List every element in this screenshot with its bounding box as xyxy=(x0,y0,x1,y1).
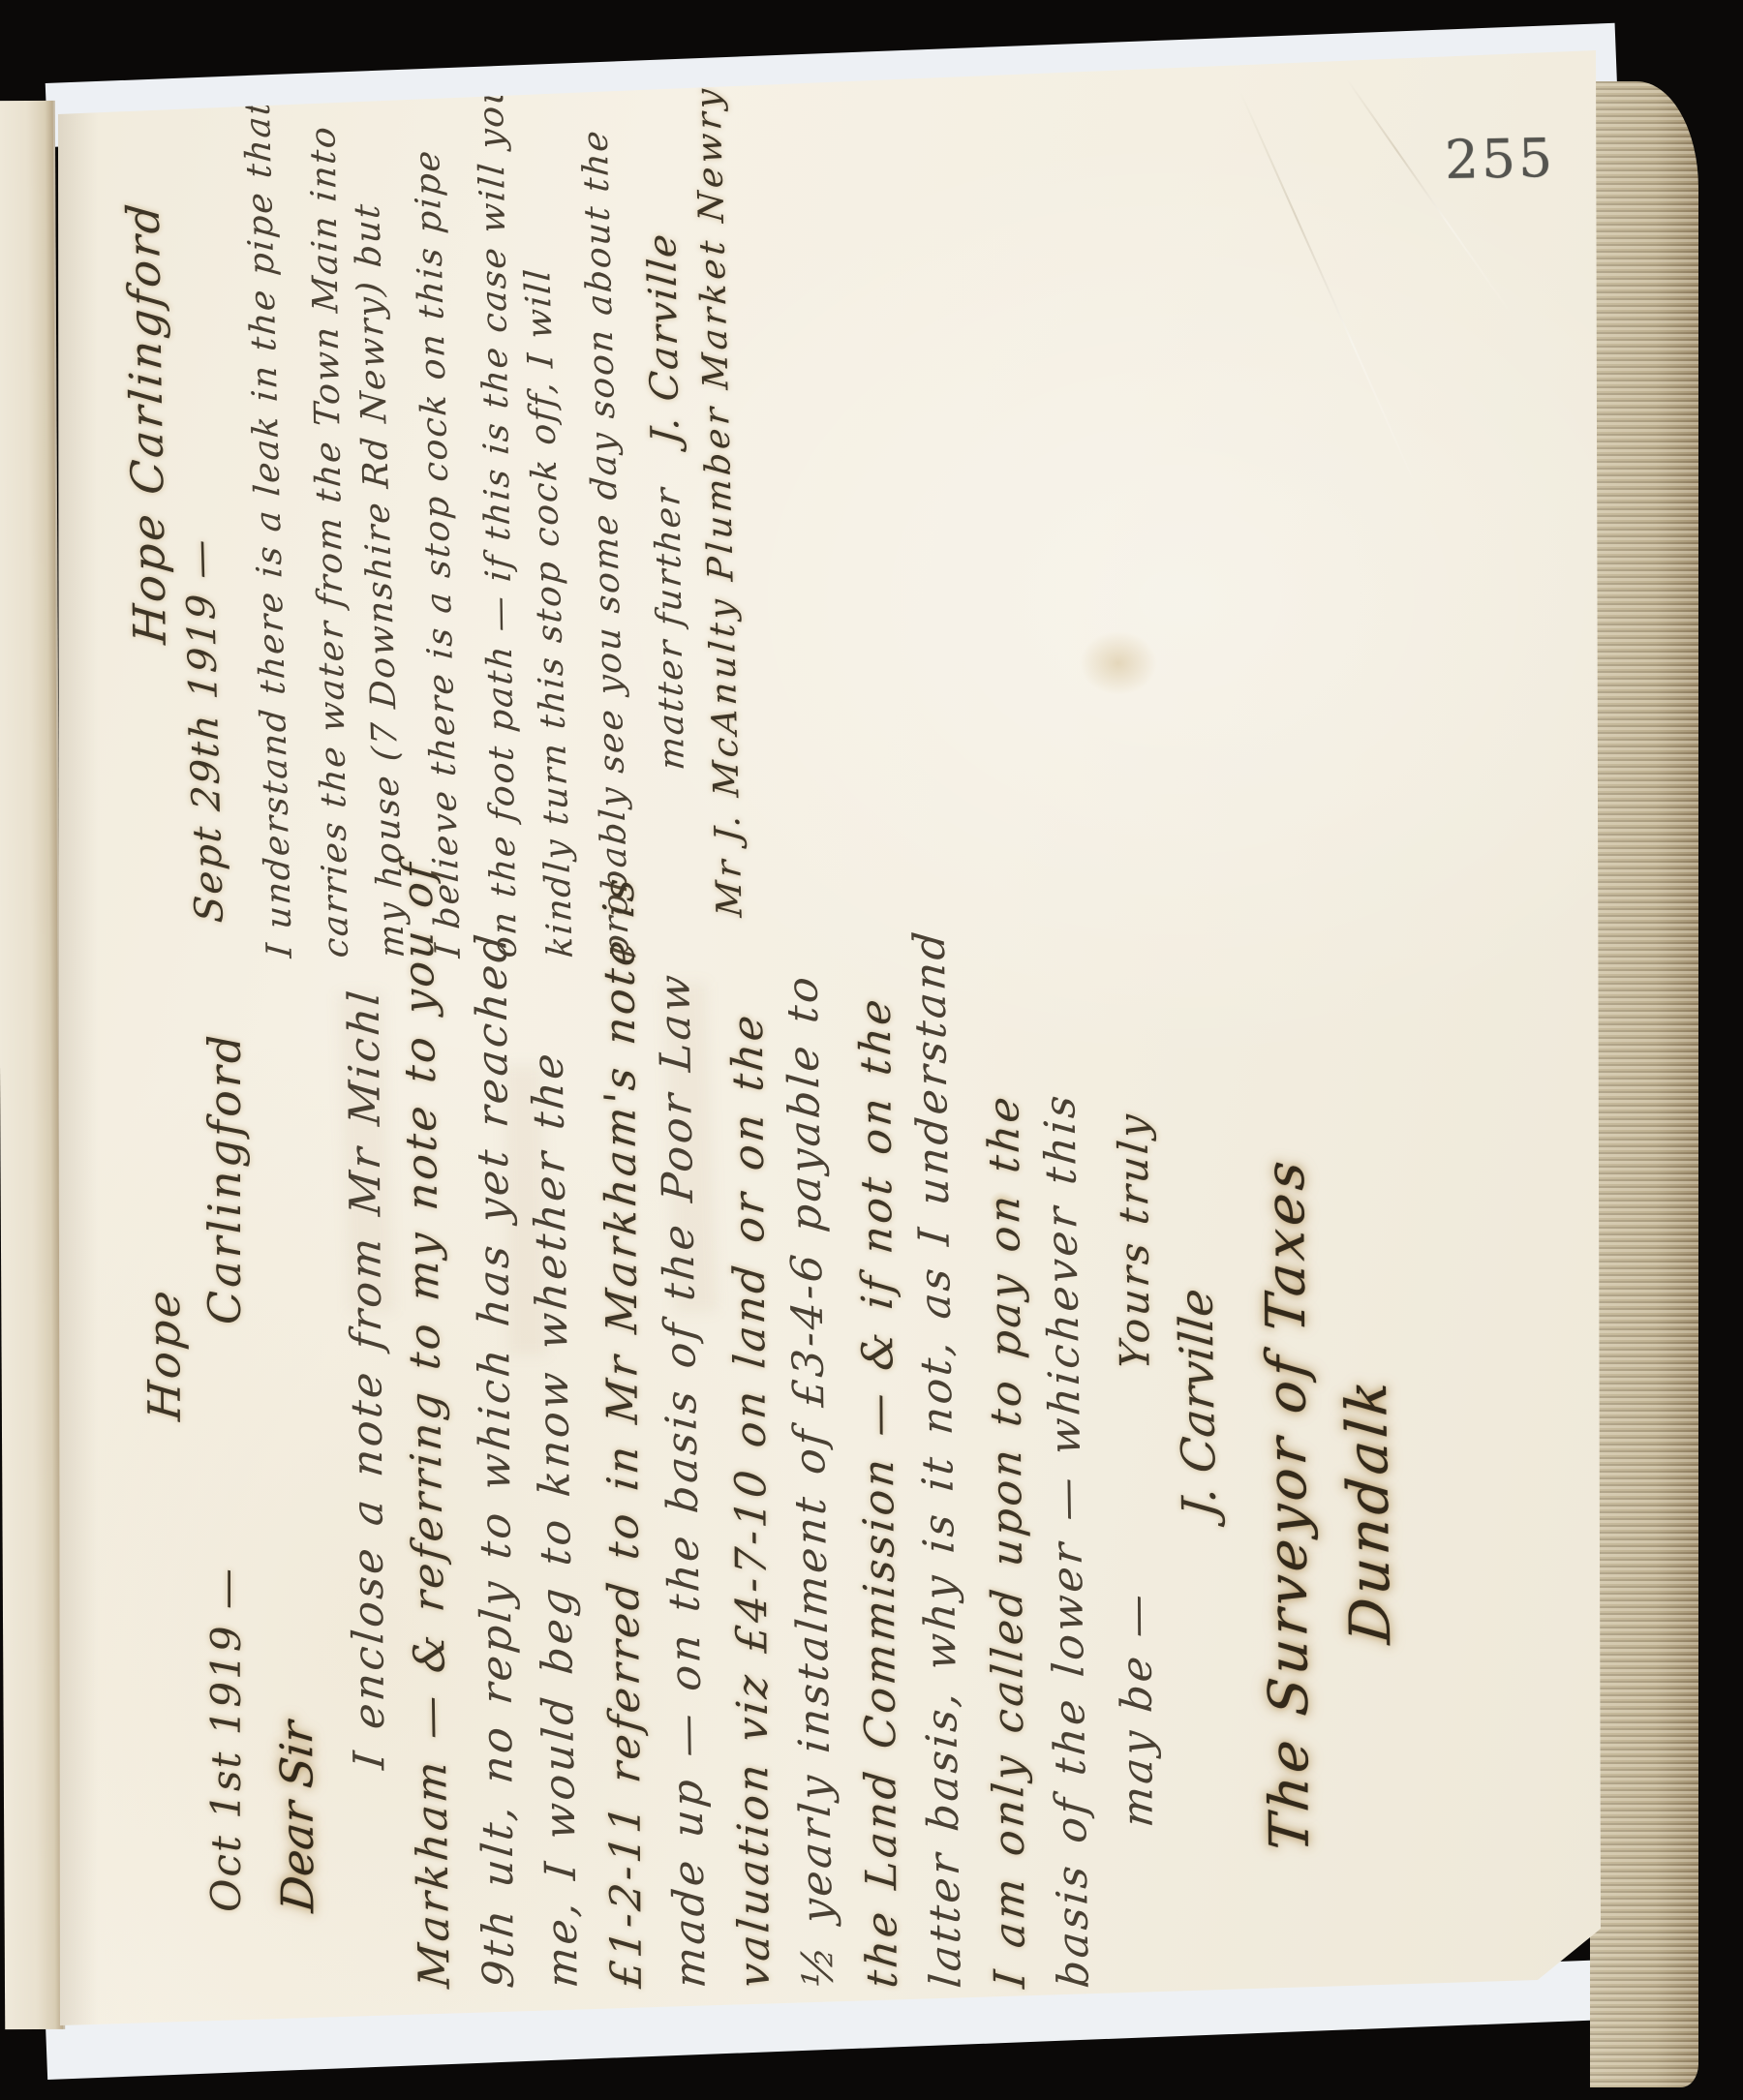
adjacent-page-fold-left xyxy=(0,101,65,2029)
letterbook-paper: 255 Hope Carlingford Sept 29th 1919 — I … xyxy=(53,39,1612,2038)
letter-closing-text: matter further xyxy=(648,485,692,772)
rotated-handwriting-layer: Hope Carlingford Sept 29th 1919 — I unde… xyxy=(53,102,1593,2028)
letter-date: Oct 1st 1919 — xyxy=(202,1567,250,1912)
book-fore-edge-page-stack xyxy=(1590,81,1698,2087)
letter-oct-1: Hope Oct 1st 1919 —Carlingford Dear Sir … xyxy=(142,878,1419,2001)
letter-date-place-row: Oct 1st 1919 —Carlingford xyxy=(199,878,266,2001)
letter-addressee-line: Dundalk xyxy=(1316,874,1419,2005)
letter-sept-29: Hope Carlingford Sept 29th 1919 — I unde… xyxy=(129,111,760,963)
letter-closing: Yours truly xyxy=(1110,1110,1159,1371)
letter-place-heading: Carlingford xyxy=(199,1032,251,1324)
letter-preclosing-text: may be — xyxy=(1112,1589,1163,1829)
letter-salutation: Dear Sir xyxy=(264,875,336,2004)
signature: J. Carville xyxy=(640,230,688,446)
scanned-letterbook-page: 255 Hope Carlingford Sept 29th 1919 — I … xyxy=(0,0,1743,2100)
letter-place-heading: Hope xyxy=(135,875,199,2004)
